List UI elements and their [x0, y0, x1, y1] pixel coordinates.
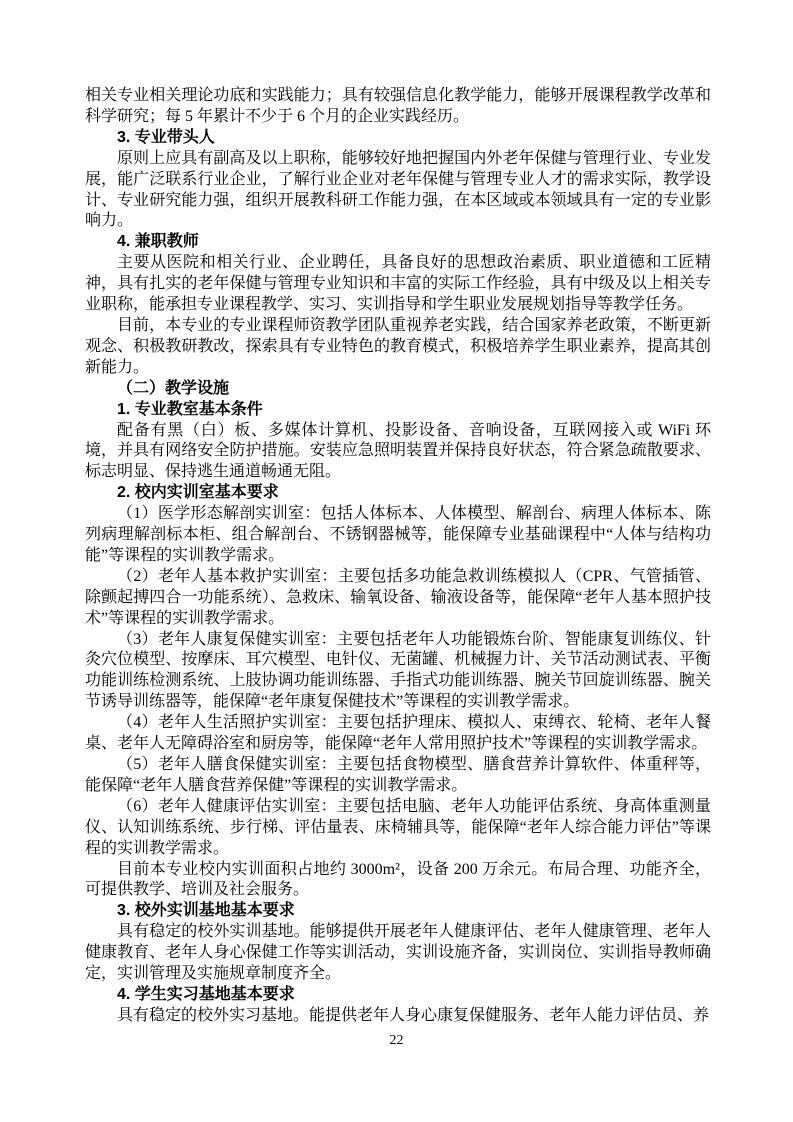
paragraph: 目前，本专业的专业课程师资教学团队重视养老实践，结合国家养老政策，不断更新观念、…: [85, 316, 711, 379]
paragraph: （3）老年人康复保健实训室：主要包括老年人功能锻炼台阶、智能康复训练仪、针灸穴位…: [85, 630, 711, 714]
heading: 3. 校外实训基地基本要求: [85, 901, 711, 922]
page-footer: 22: [0, 1033, 793, 1049]
paragraph: 具有稳定的校外实训基地。能够提供开展老年人健康评估、老年人健康管理、老年人健康教…: [85, 922, 711, 985]
paragraph: 相关专业相关理论功底和实践能力；具有较强信息化教学能力，能够开展课程教学改革和科…: [85, 86, 711, 128]
paragraph: （2）老年人基本救护实训室：主要包括多功能急救训练模拟人（CPR、气管插管、除颤…: [85, 567, 711, 630]
paragraph: 目前本专业校内实训面积占地约 3000m²，设备 200 万余元。布局合理、功能…: [85, 860, 711, 902]
paragraph: 主要从医院和相关行业、企业聘任，具备良好的思想政治素质、职业道德和工匠精神，具有…: [85, 253, 711, 316]
paragraph: （4）老年人生活照护实训室：主要包括护理床、模拟人、束缚衣、轮椅、老年人餐桌、老…: [85, 713, 711, 755]
heading: 4. 学生实习基地基本要求: [85, 985, 711, 1006]
paragraph: 原则上应具有副高及以上职称，能够较好地把握国内外老年保健与管理行业、专业发展，能…: [85, 149, 711, 233]
paragraph: （6）老年人健康评估实训室：主要包括电脑、老年人功能评估系统、身高体重测量仪、认…: [85, 797, 711, 860]
paragraph: （1）医学形态解剖实训室：包括人体标本、人体模型、解剖台、病理人体标本、陈列病理…: [85, 504, 711, 567]
heading: 1. 专业教室基本条件: [85, 400, 711, 421]
heading: （二）教学设施: [85, 379, 711, 400]
heading: 2. 校内实训室基本要求: [85, 483, 711, 504]
paragraph: 具有稳定的校外实习基地。能提供老年人身心康复保健服务、老年人能力评估员、养: [85, 1006, 711, 1027]
document-text-body: 相关专业相关理论功底和实践能力；具有较强信息化教学能力，能够开展课程教学改革和科…: [85, 86, 711, 1027]
paragraph: （5）老年人膳食保健实训室：主要包括食物模型、膳食营养计算软件、体重秤等，能保障…: [85, 755, 711, 797]
heading: 3. 专业带头人: [85, 128, 711, 149]
heading: 4. 兼职教师: [85, 232, 711, 253]
page-number: 22: [390, 1033, 404, 1048]
document-page: 相关专业相关理论功底和实践能力；具有较强信息化教学能力，能够开展课程教学改革和科…: [0, 0, 793, 1122]
paragraph: 配备有黑（白）板、多媒体计算机、投影设备、音响设备，互联网接入或 WiFi 环境…: [85, 421, 711, 484]
